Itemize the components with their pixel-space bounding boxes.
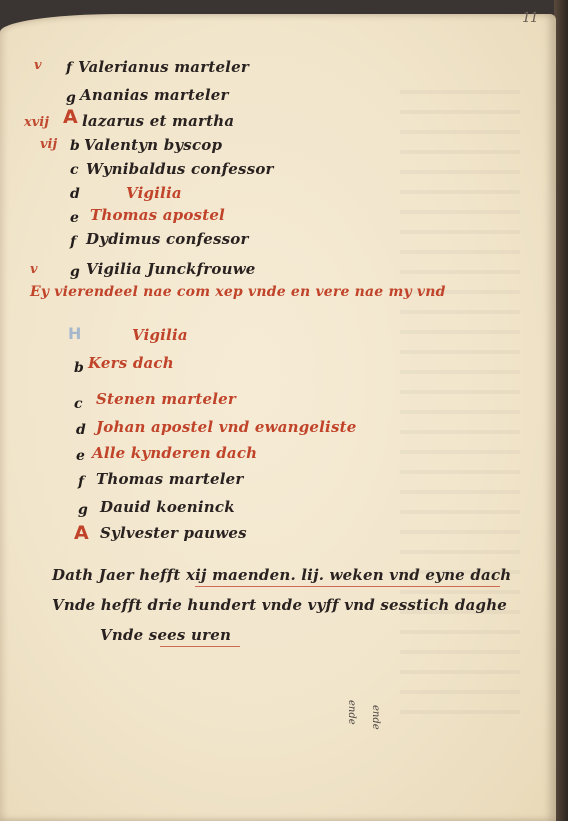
calendar-entry: Sylvester pauwes (100, 524, 247, 542)
dominical-letter: b (70, 138, 80, 154)
dominical-letter: f (66, 60, 72, 76)
calendar-entry-feast: Vigilia (132, 326, 188, 344)
margin-numeral: v (30, 262, 38, 277)
calendar-entry: Thomas marteler (96, 470, 243, 488)
calendar-entry: Dydimus confessor (86, 230, 249, 248)
closing-line: Vnde sees uren (100, 626, 231, 644)
calendar-entry-feast: Stenen marteler (96, 390, 236, 408)
folio-number: 11 (522, 10, 538, 26)
calendar-entry: Vigilia Junckfrouwe (86, 260, 256, 278)
calendar-entry: Valentyn byscop (84, 136, 222, 154)
dominical-letter: f (70, 234, 76, 250)
dominical-letter: d (76, 422, 86, 438)
dominical-letter: c (70, 162, 79, 178)
dominical-letter: g (66, 90, 76, 106)
calendar-entry: Wynibaldus confessor (86, 160, 274, 178)
closing-line: Vnde hefft drie hundert vnde vyff vnd se… (52, 596, 507, 614)
margin-numeral: xvij (24, 115, 49, 130)
dominical-letter: g (78, 502, 88, 518)
book-binding-edge (554, 0, 568, 821)
kal-initial: A (63, 106, 78, 128)
margin-numeral: vij (40, 137, 57, 152)
dominical-letter: g (70, 264, 80, 280)
dominical-letter: d (70, 186, 80, 202)
kal-initial: A (74, 522, 89, 544)
calendar-entry-feast: Thomas apostel (90, 206, 225, 224)
dominical-letter: f (78, 474, 84, 490)
dominical-letter: e (76, 448, 85, 464)
calendar-entry-feast: Johan apostel vnd ewangeliste (96, 418, 356, 436)
marginal-note: ende (346, 700, 357, 725)
dominical-letter: c (74, 396, 83, 412)
bleed-through-text (400, 74, 520, 714)
kal-initial: H (68, 324, 81, 343)
calendar-entry: lazarus et martha (82, 112, 234, 130)
calendar-entry-feast: Alle kynderen dach (92, 444, 257, 462)
calendar-entry-feast: Vigilia (126, 184, 182, 202)
calendar-entry: Ananias marteler (80, 86, 229, 104)
calendar-entry: Dauid koeninck (100, 498, 235, 516)
calendar-entry-feast: Kers dach (88, 354, 174, 372)
dominical-letter: e (70, 210, 79, 226)
closing-line: Dath Jaer hefft xij maenden. lij. weken … (52, 566, 511, 584)
calendar-entry: Valerianus marteler (78, 58, 249, 76)
underline-stroke (195, 586, 500, 587)
dominical-letter: b (74, 360, 84, 376)
marginal-note: ende (370, 705, 381, 730)
rubric-line: Ey vierendeel nae com xep vnde en vere n… (30, 284, 446, 300)
margin-numeral: v (34, 58, 42, 73)
underline-stroke (160, 646, 240, 647)
